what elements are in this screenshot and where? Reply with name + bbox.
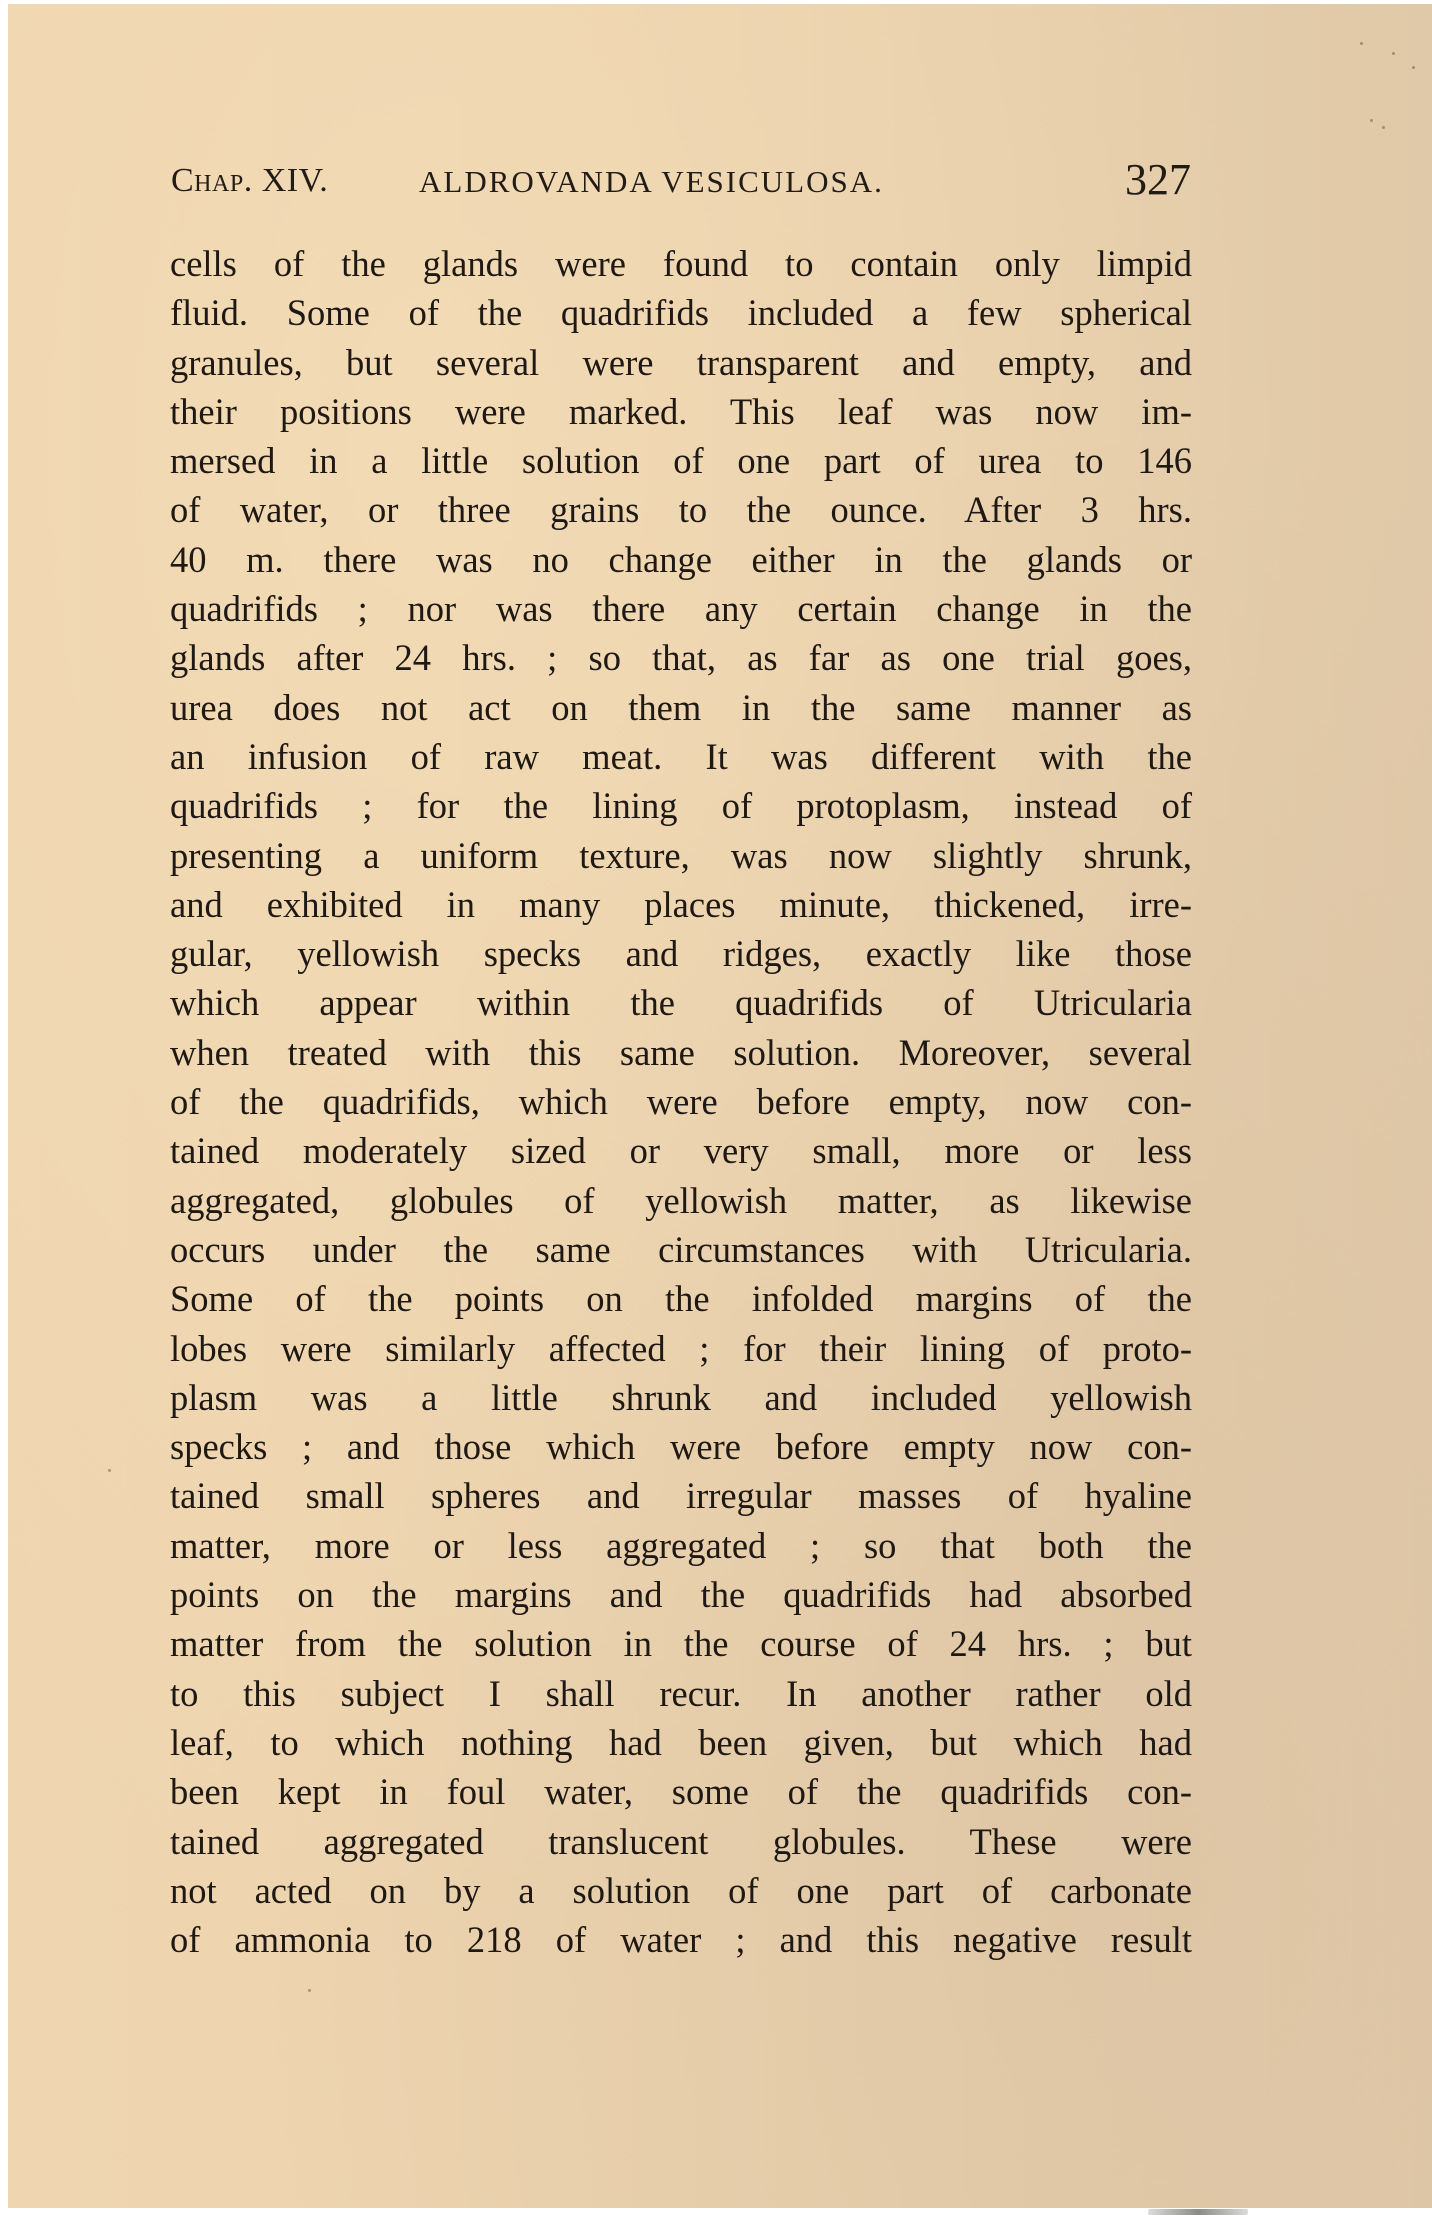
text-line: tained moderately sized or very small, m… bbox=[170, 1126, 1192, 1175]
page-number: 327 bbox=[1125, 154, 1191, 205]
text-line: matter from the solution in the course o… bbox=[170, 1619, 1192, 1668]
text-line: Some of the points on the infolded margi… bbox=[170, 1274, 1192, 1323]
text-line: granules, but several were transparent a… bbox=[170, 338, 1192, 387]
text-line: to this subject I shall recur. In anothe… bbox=[170, 1669, 1192, 1718]
paper-speck bbox=[1370, 119, 1373, 122]
text-line: mersed in a little solution of one part … bbox=[170, 436, 1192, 485]
text-line: specks ; and those which were before emp… bbox=[170, 1422, 1192, 1471]
text-line: quadrifids ; for the lining of protoplas… bbox=[170, 781, 1192, 830]
running-title: ALDROVANDA VESICULOSA. bbox=[419, 164, 884, 200]
text-line: tained aggregated translucent globules. … bbox=[170, 1817, 1192, 1866]
text-line: an infusion of raw meat. It was differen… bbox=[170, 732, 1192, 781]
text-line: and exhibited in many places minute, thi… bbox=[170, 880, 1192, 929]
paper-speck bbox=[308, 1989, 311, 1992]
paper-speck bbox=[1412, 66, 1415, 69]
text-line: their positions were marked. This leaf w… bbox=[170, 387, 1192, 436]
text-line: fluid. Some of the quadrifids included a… bbox=[170, 288, 1192, 337]
text-line: tained small spheres and irregular masse… bbox=[170, 1471, 1192, 1520]
text-line: not acted on by a solution of one part o… bbox=[170, 1866, 1192, 1915]
text-line: points on the margins and the quadrifids… bbox=[170, 1570, 1192, 1619]
text-line: lobes were similarly affected ; for thei… bbox=[170, 1324, 1192, 1373]
text-line: matter, more or less aggregated ; so tha… bbox=[170, 1521, 1192, 1570]
text-line: plasm was a little shrunk and included y… bbox=[170, 1373, 1192, 1422]
text-line: of ammonia to 218 of water ; and this ne… bbox=[170, 1915, 1192, 1964]
text-line: occurs under the same circumstances with… bbox=[170, 1225, 1192, 1274]
body-text: cells of the glands were found to contai… bbox=[170, 239, 1192, 1964]
text-line: when treated with this same solution. Mo… bbox=[170, 1028, 1192, 1077]
running-head: Chap. XIV. ALDROVANDA VESICULOSA. 327 bbox=[171, 154, 1191, 214]
text-line: of the quadrifids, which were before emp… bbox=[170, 1077, 1192, 1126]
text-line: which appear within the quadrifids of Ut… bbox=[170, 978, 1192, 1027]
paper-speck bbox=[1392, 52, 1395, 55]
chapter-label: Chap. XIV. bbox=[171, 162, 328, 200]
text-line: cells of the glands were found to contai… bbox=[170, 239, 1192, 288]
scan-edge-mark bbox=[1148, 2209, 1248, 2215]
text-line: presenting a uniform texture, was now sl… bbox=[170, 831, 1192, 880]
text-line: glands after 24 hrs. ; so that, as far a… bbox=[170, 633, 1192, 682]
text-line: leaf, to which nothing had been given, b… bbox=[170, 1718, 1192, 1767]
text-line: urea does not act on them in the same ma… bbox=[170, 683, 1192, 732]
text-line: 40 m. there was no change either in the … bbox=[170, 535, 1192, 584]
paper-speck bbox=[1360, 42, 1363, 45]
book-page: Chap. XIV. ALDROVANDA VESICULOSA. 327 ce… bbox=[8, 4, 1432, 2208]
text-line: quadrifids ; nor was there any certain c… bbox=[170, 584, 1192, 633]
paper-speck bbox=[108, 1469, 111, 1472]
text-line: gular, yellowish specks and ridges, exac… bbox=[170, 929, 1192, 978]
text-line: aggregated, globules of yellowish matter… bbox=[170, 1176, 1192, 1225]
text-line: of water, or three grains to the ounce. … bbox=[170, 485, 1192, 534]
text-line: been kept in foul water, some of the qua… bbox=[170, 1767, 1192, 1816]
paper-speck bbox=[1382, 126, 1385, 129]
